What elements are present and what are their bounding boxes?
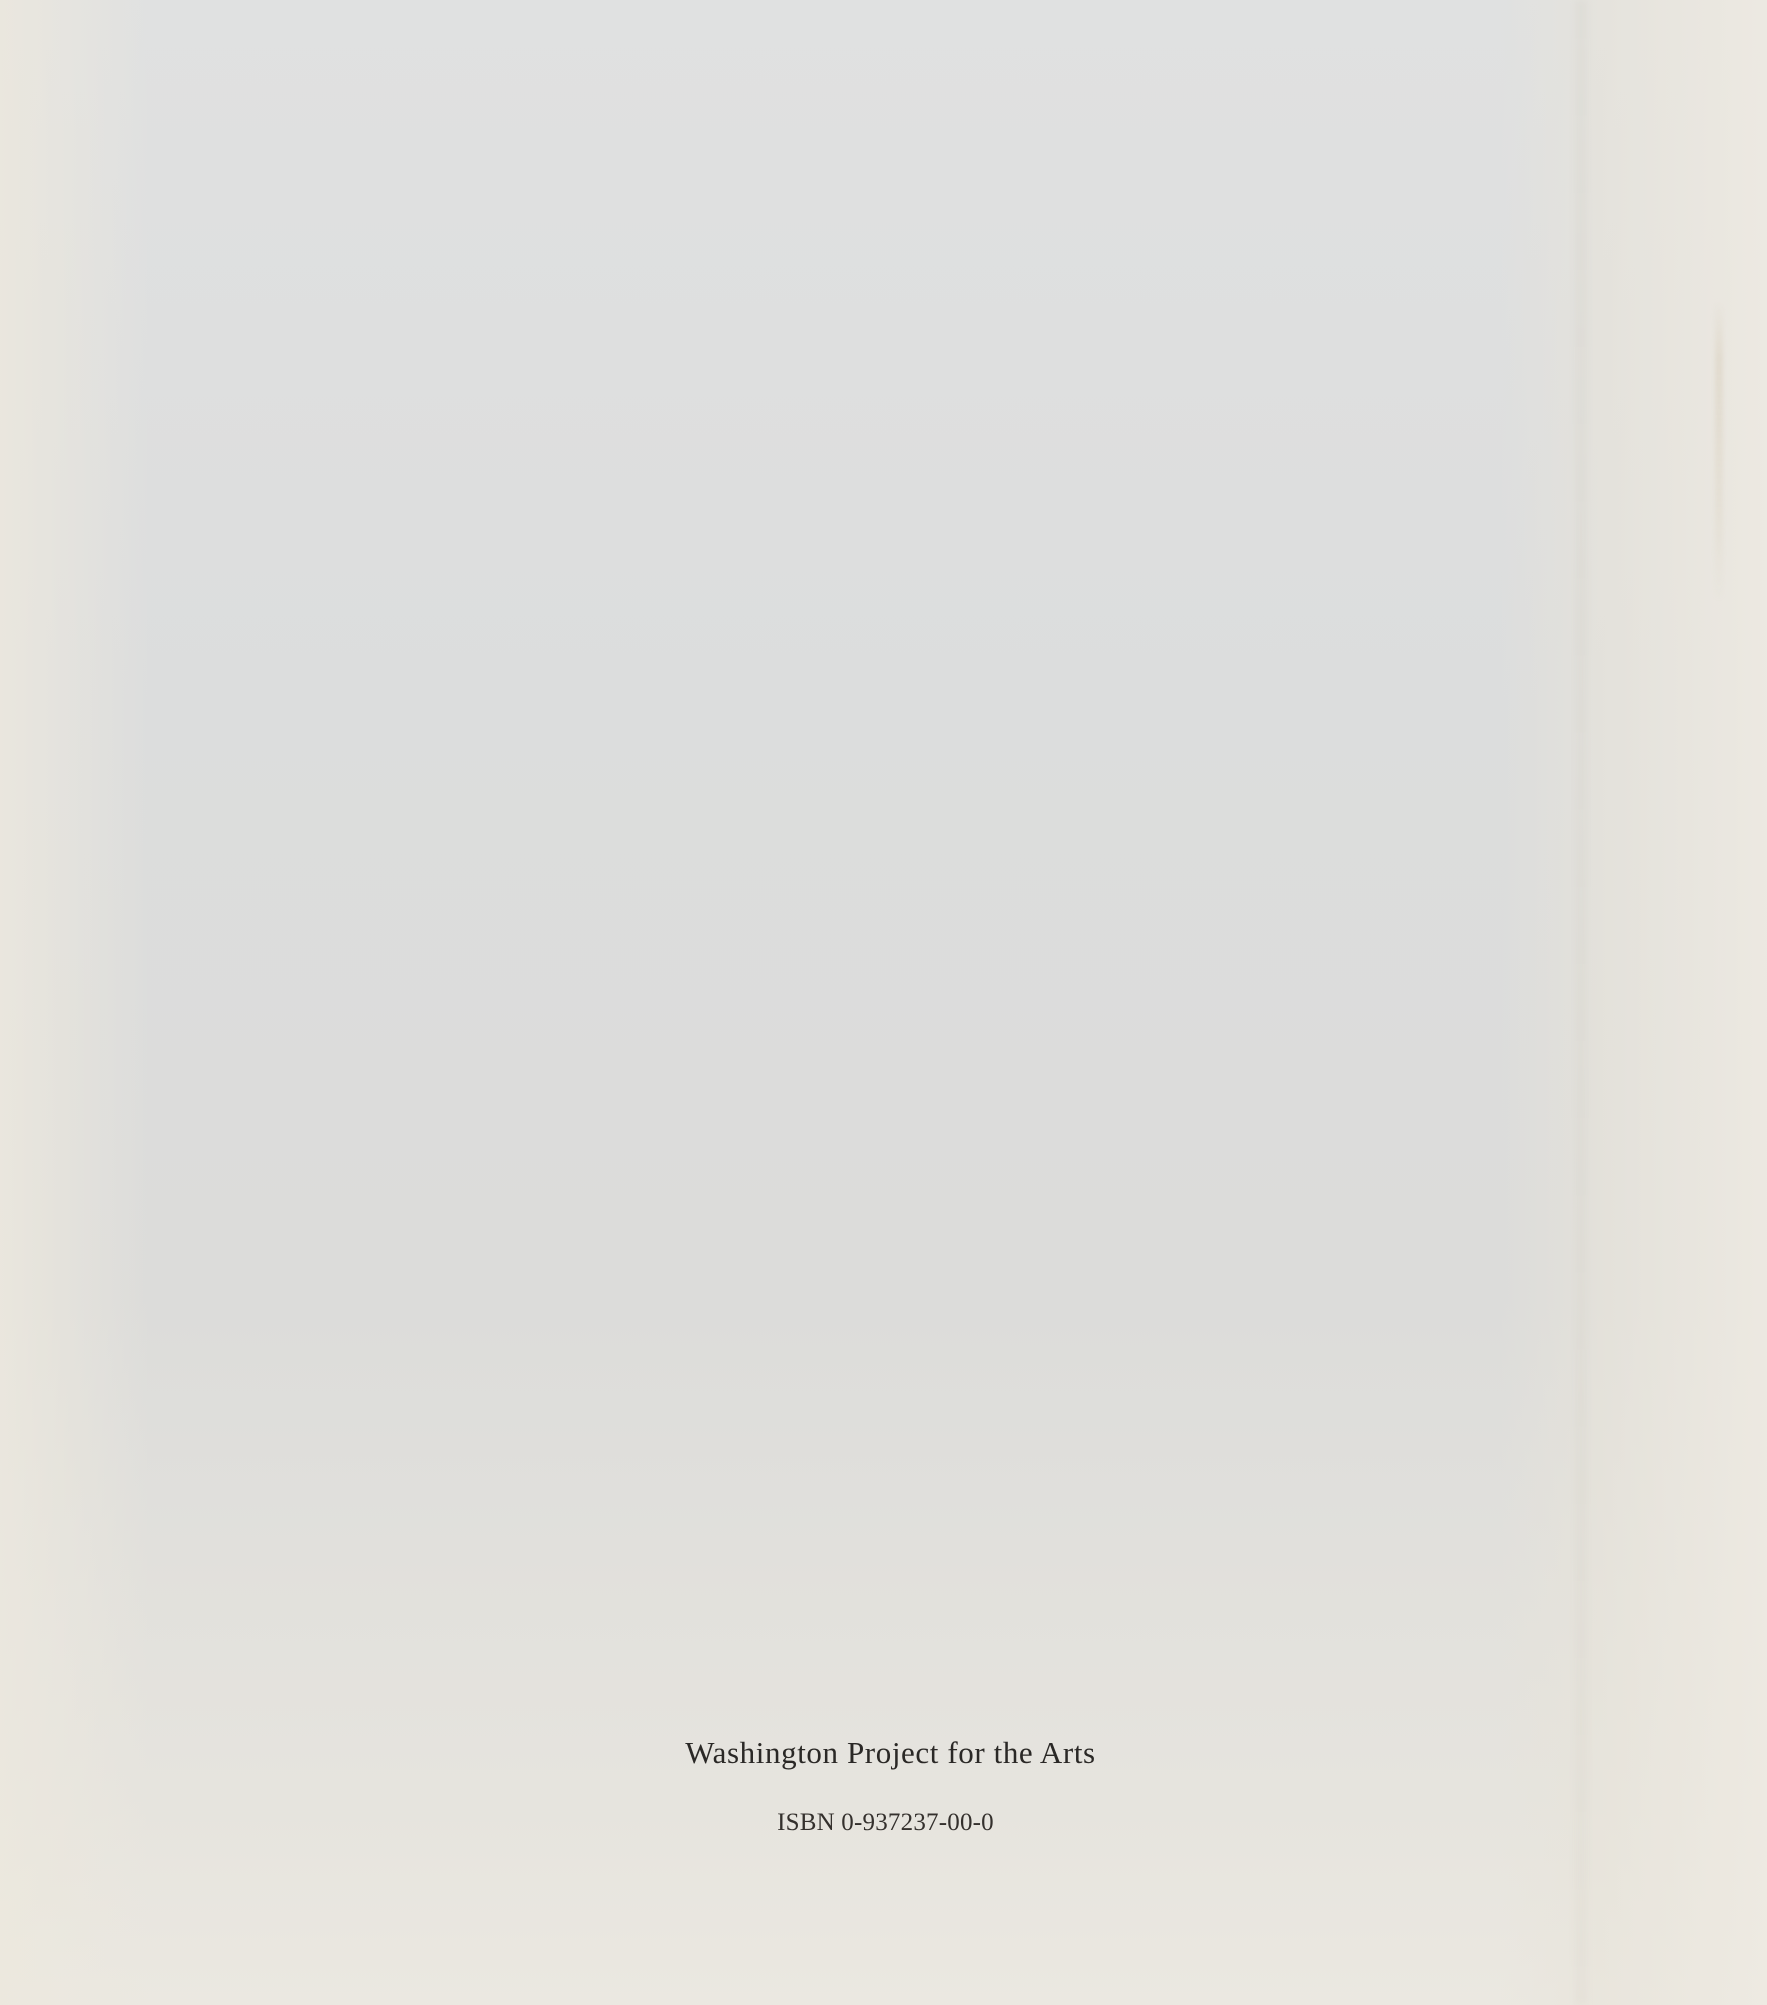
page-fold-shadow — [1575, 0, 1587, 2005]
paper-wear-mark — [1715, 300, 1723, 600]
back-cover-page: Washington Project for the Arts ISBN 0-9… — [0, 0, 1767, 2005]
publisher-name: Washington Project for the Arts — [7, 1735, 1767, 1771]
isbn-number: ISBN 0-937237-00-0 — [2, 1809, 1767, 1837]
